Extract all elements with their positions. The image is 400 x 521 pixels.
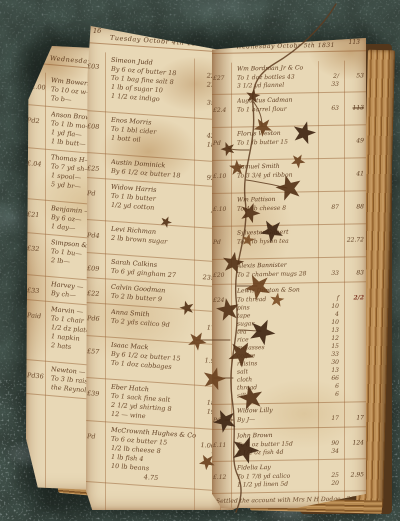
entry-line-text: 1 1/2 yd linen 5d bbox=[237, 480, 315, 489]
entry-total: 2.95 bbox=[351, 471, 364, 478]
right-page: 113 Wednesday Octobr 5th 1831 £27 Wm Bor… bbox=[212, 38, 366, 508]
ledger-entry: Pd Widow Lilly By J— 17 bbox=[212, 402, 366, 430]
entry-line-text: 3 1/2 yd flannel bbox=[237, 81, 315, 90]
entry-line: To 1 lb butter 15 bbox=[237, 138, 342, 148]
entry-margin-mark: Pd bbox=[213, 140, 221, 147]
entry-margin-mark: £21 bbox=[27, 210, 39, 219]
entry-line-amount: 33 bbox=[315, 270, 342, 278]
entry-line-amount bbox=[315, 237, 342, 245]
entry-margin-mark: £32 bbox=[27, 244, 39, 253]
entry-line-amount bbox=[315, 138, 342, 146]
ledger-entry: £27 Wm Bordman Jr & Co To 1 doz bottles … bbox=[212, 60, 366, 95]
ledger-entry: £2.4 Augustus Cadman To 1 barrel flour 6… bbox=[212, 92, 366, 128]
entry-margin-mark: £.12 bbox=[213, 474, 226, 481]
entry-total: 53 bbox=[356, 72, 364, 79]
entry-line-text: To 1 barrel flour bbox=[237, 105, 315, 114]
entry-margin-mark: £09 bbox=[87, 264, 99, 273]
entry-line-text: By J— bbox=[237, 415, 315, 424]
entry-line: 1 1/2 yd linen 5d 20 bbox=[237, 480, 342, 490]
entry-margin-mark: £08 bbox=[87, 122, 99, 131]
entry-margin-mark: £2.4 bbox=[213, 107, 226, 114]
ledger-entry: £.11 John Brown To 6 oz butter 15d 90 bbox=[212, 427, 366, 462]
entry-total: 113 bbox=[353, 104, 364, 111]
right-page-number: 113 bbox=[349, 39, 360, 46]
entry-total: 124 bbox=[353, 439, 364, 446]
entry-margin-mark: £.11 bbox=[213, 442, 226, 449]
entry-total: 83 bbox=[356, 269, 364, 276]
ledger-entry: £.10 Wm Pattison To 4 lb cheese 8 87 bbox=[212, 191, 366, 227]
entry-line-text: To 3 3/4 yd ribbon bbox=[237, 171, 315, 180]
ledger-entry: £20 Alexis Bannister To 2 chamber mugs 2… bbox=[212, 257, 366, 285]
entry-margin-mark: £39 bbox=[87, 389, 99, 398]
ledger-entry: Pd Florus Weston To 1 lb butter 15 bbox=[212, 125, 366, 161]
entry-line: To 1 barrel flour 63 bbox=[237, 105, 342, 115]
entry-total: 41 bbox=[356, 170, 364, 177]
ledger-entry: £.10 Samuel Smith To 3 3/4 yd ribbon bbox=[212, 158, 366, 194]
entry-margin-mark: Pd bbox=[213, 417, 221, 424]
middle-page-number: 16 bbox=[93, 27, 101, 35]
entry-margin-mark: £33 bbox=[27, 286, 39, 295]
entry-line-text: To 1 lb butter 15 bbox=[237, 138, 315, 147]
entry-line-amount: 87 bbox=[315, 204, 342, 212]
entry-line-text: silk bbox=[237, 391, 315, 400]
entry-line-amount: 20 bbox=[315, 480, 342, 488]
entry-line: To 3 3/4 yd ribbon bbox=[237, 171, 342, 181]
ledger-entry: £24 Lewis Dunton & Son To thread f bbox=[212, 282, 366, 405]
entry-line-text: To 2 chamber mugs 28 bbox=[237, 270, 315, 279]
entry-margin-mark: £20 bbox=[213, 272, 224, 279]
entry-line: To 1 lb hyson tea bbox=[237, 237, 342, 247]
entry-line-text: 8 1/2 oz fish 4d bbox=[237, 448, 315, 457]
entry-line: To 4 lb cheese 8 87 bbox=[237, 204, 342, 214]
photo-scene: 2 Wednesday £2.00 Wm Bowers bbox=[0, 0, 400, 521]
entry-margin-mark: Pd36 bbox=[27, 371, 44, 380]
entry-margin-mark: Pd bbox=[87, 189, 96, 198]
entry-line-amount: 17 bbox=[315, 415, 342, 423]
entry-margin-mark: £25 bbox=[87, 164, 99, 173]
entry-line: By J— 17 bbox=[237, 415, 342, 425]
entry-margin-mark: £.10 bbox=[213, 206, 226, 213]
entry-line-amount: 6 bbox=[315, 391, 342, 399]
right-page-entries: £27 Wm Bordman Jr & Co To 1 doz bottles … bbox=[212, 60, 366, 508]
entry-line-amount: 33 bbox=[315, 81, 342, 89]
entry-total: 88 bbox=[356, 203, 364, 210]
ledger-entry: Pd Sylvester Gilbert To 1 lb hyson tea bbox=[212, 224, 366, 260]
entry-total: 49 bbox=[356, 137, 364, 144]
ledger-entry: £.12 Fidelia Lay To 1 7/8 yd calico 25 bbox=[212, 459, 366, 494]
entry-margin-mark: £27 bbox=[213, 75, 224, 82]
entry-margin-mark: £22 bbox=[87, 289, 99, 298]
entry-line-amount: 63 bbox=[315, 105, 342, 113]
entry-margin-mark: Pd6 bbox=[87, 314, 100, 323]
entry-line: 3 1/2 yd flannel 33 bbox=[237, 81, 342, 91]
entry-total: 2/2 bbox=[353, 294, 364, 301]
entry-margin-mark: Pd4 bbox=[87, 231, 100, 240]
entry-line: To 2 chamber mugs 28 33 bbox=[237, 270, 342, 280]
entry-line-text: To 1 lb hyson tea bbox=[237, 237, 315, 246]
entry-margin-mark: £57 bbox=[87, 347, 99, 356]
entry-margin-mark: £03 bbox=[87, 62, 99, 71]
entry-margin-mark: £24 bbox=[213, 297, 224, 304]
entry-total: 17 bbox=[356, 414, 364, 421]
entry-line: silk 6 bbox=[237, 391, 342, 401]
entry-margin-mark: £.10 bbox=[213, 173, 226, 180]
entry-margin-mark: Pd bbox=[213, 239, 221, 246]
entry-line-amount: 34 bbox=[315, 448, 342, 456]
entry-margin-mark: Paid bbox=[27, 311, 41, 320]
ledger-book: 2 Wednesday £2.00 Wm Bowers bbox=[0, 0, 400, 521]
entry-margin-mark: Pd bbox=[87, 432, 96, 441]
entry-line-text: To 4 lb cheese 8 bbox=[237, 204, 315, 213]
entry-margin-mark: Pd2 bbox=[27, 116, 40, 125]
entry-margin-mark: £.04 bbox=[27, 159, 41, 168]
entry-line: 8 1/2 oz fish 4d 34 bbox=[237, 448, 342, 458]
entry-total: 22.72 bbox=[347, 236, 364, 243]
entry-line-amount bbox=[315, 171, 342, 179]
